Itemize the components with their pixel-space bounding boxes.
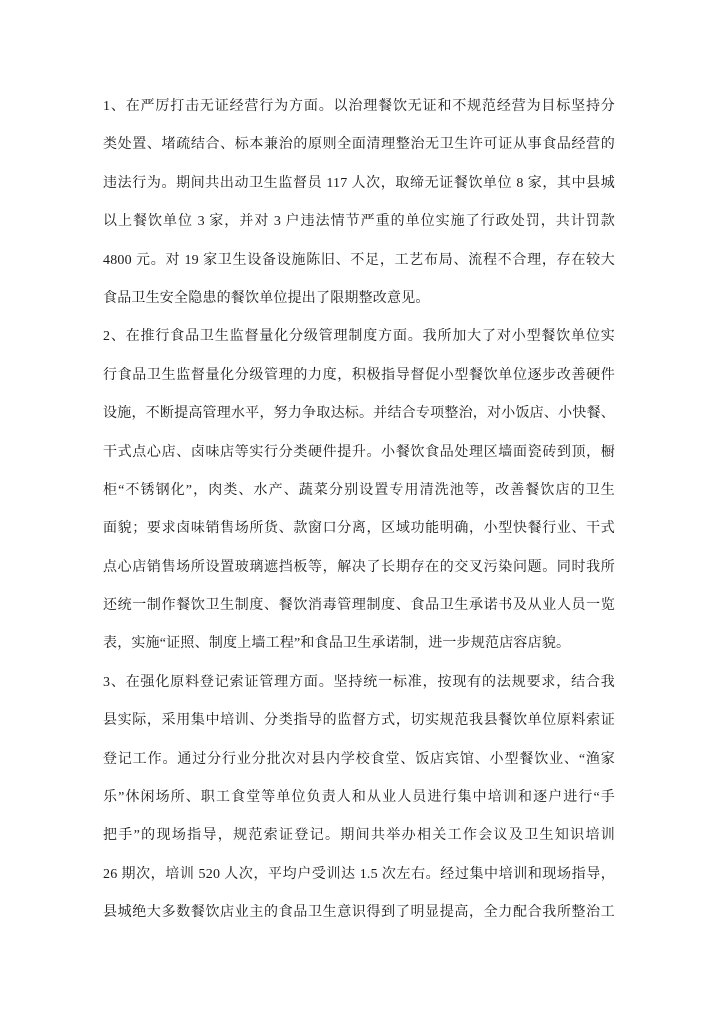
text-line: 26 期次，培训 520 人次，平均户受训达 1.5 次左右。经过集中培训和现场… [103,856,615,894]
text-line: 类处置、堵疏结合、标本兼治的原则全面清理整治无卫生许可证从事食品经营的 [103,126,615,164]
text-line: 柜“不锈钢化”，肉类、水产、蔬菜分别设置专用清洗池等，改善餐饮店的卫生 [103,472,615,510]
text-line: 点心店销售场所设置玻璃遮挡板等，解决了长期存在的交叉污染问题。同时我所 [103,549,615,587]
text-line: 违法行为。期间共出动卫生监督员 117 人次，取缔无证餐饮单位 8 家，其中县城 [103,165,615,203]
text-line: 乐”休闲场所、职工食堂等单位负责人和从业人员进行集中培训和逐户进行“手 [103,779,615,817]
text-line: 以上餐饮单位 3 家，并对 3 户违法情节严重的单位实施了行政处罚，共计罚款 [103,203,615,241]
text-line: 食品卫生安全隐患的餐饮单位提出了限期整改意见。 [103,280,615,318]
text-block: 1、在严厉打击无证经营行为方面。以治理餐饮无证和不规范经营为目标坚持分类处置、堵… [103,88,615,933]
text-line: 1、在严厉打击无证经营行为方面。以治理餐饮无证和不规范经营为目标坚持分 [103,88,615,126]
paragraph-3: 3、在强化原料登记索证管理方面。坚持统一标准，按现有的法规要求，结合我县实际，采… [103,664,615,933]
text-line: 2、在推行食品卫生监督量化分级管理制度方面。我所加大了对小型餐饮单位实 [103,318,615,356]
text-line: 面貌；要求卤味销售场所货、款窗口分离，区域功能明确，小型快餐行业、干式 [103,510,615,548]
text-line: 3、在强化原料登记索证管理方面。坚持统一标准，按现有的法规要求，结合我 [103,664,615,702]
text-line: 设施，不断提高管理水平，努力争取达标。并结合专项整治，对小饭店、小快餐、 [103,395,615,433]
paragraph-1: 1、在严厉打击无证经营行为方面。以治理餐饮无证和不规范经营为目标坚持分类处置、堵… [103,88,615,318]
text-line: 4800 元。对 19 家卫生设备设施陈旧、不足，工艺布局、流程不合理，存在较大 [103,242,615,280]
text-line: 表，实施“证照、制度上墙工程”和食品卫生承诺制，进一步规范店容店貌。 [103,625,615,663]
text-line: 还统一制作餐饮卫生制度、餐饮消毒管理制度、食品卫生承诺书及从业人员一览 [103,587,615,625]
text-line: 行食品卫生监督量化分级管理的力度，积极指导督促小型餐饮单位逐步改善硬件 [103,357,615,395]
text-line: 县城绝大多数餐饮店业主的食品卫生意识得到了明显提高，全力配合我所整治工 [103,894,615,932]
document-page: 1、在严厉打击无证经营行为方面。以治理餐饮无证和不规范经营为目标坚持分类处置、堵… [0,0,721,1020]
text-line: 登记工作。通过分行业分批次对县内学校食堂、饭店宾馆、小型餐饮业、“渔家 [103,741,615,779]
text-line: 干式点心店、卤味店等实行分类硬件提升。小餐饮食品处理区墙面瓷砖到顶，橱 [103,434,615,472]
text-line: 县实际，采用集中培训、分类指导的监督方式，切实规范我县餐饮单位原料索证 [103,702,615,740]
text-line: 把手”的现场指导，规范索证登记。期间共举办相关工作会议及卫生知识培训 [103,817,615,855]
paragraph-2: 2、在推行食品卫生监督量化分级管理制度方面。我所加大了对小型餐饮单位实行食品卫生… [103,318,615,664]
